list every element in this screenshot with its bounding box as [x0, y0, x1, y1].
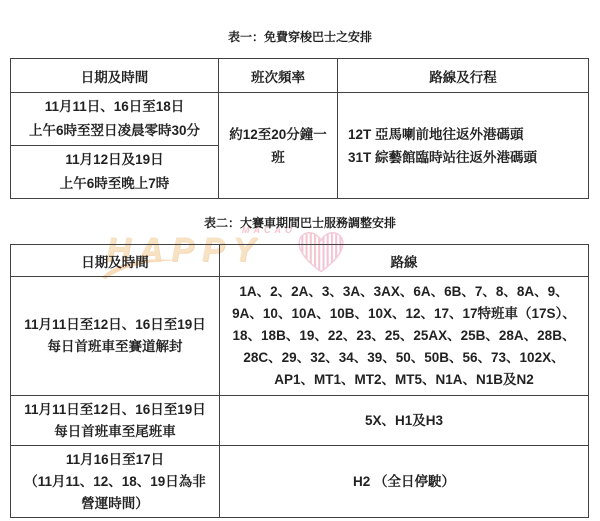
document-page: MACAO HAPPY 表一：免費穿梭巴士之安排 日期及時間 班次頻率	[0, 0, 600, 521]
period-line: 每日首班車至尾班車	[19, 421, 211, 443]
table-row: 11月11日至12日、16日至19日 每日首班車至賽道解封 1A、2、2A、3、…	[11, 277, 589, 396]
date-line: 11月11日至12日、16日至19日	[19, 314, 211, 336]
grand-prix-bus-adjustment-table: 日期及時間 路線 11月11日至12日、16日至19日 每日首班車至賽道解封 1…	[10, 244, 589, 518]
table1-header-frequency: 班次頻率	[219, 59, 338, 93]
date-line: 11月16日至17日	[19, 449, 211, 471]
date-time-cell: 11月11日至12日、16日至19日 每日首班車至尾班車	[11, 396, 220, 446]
table1-header-date-time: 日期及時間	[11, 59, 219, 93]
frequency-cell: 約12至20分鐘一班	[219, 93, 338, 199]
table1-header-row: 日期及時間 班次頻率 路線及行程	[11, 59, 589, 93]
route-line: 31T 綜藝館臨時站往返外港碼頭	[348, 146, 580, 169]
date-time-cell: 11月16日至17日 （11月11、12、18、19日為非營運時間）	[11, 446, 220, 518]
routes-cell: 5X、H1及H3	[220, 396, 589, 446]
routes-cell: 12T 亞馬喇前地往返外港碼頭 31T 綜藝館臨時站往返外港碼頭	[338, 93, 589, 199]
table-row: 11月11日、16日至18日 上午6時至翌日凌晨零時30分 約12至20分鐘一班…	[11, 93, 589, 146]
time-line: 上午6時至晚上7時	[19, 172, 210, 196]
date-time-cell: 11月11日至12日、16日至19日 每日首班車至賽道解封	[11, 277, 220, 396]
period-line: （11月11、12、18、19日為非營運時間）	[19, 471, 211, 515]
routes-cell: 1A、2、2A、3、3A、3AX、6A、6B、7、8、8A、9、9A、10、10…	[220, 277, 589, 396]
date-line: 11月12日及19日	[19, 148, 210, 172]
routes-cell: H2 （全日停駛）	[220, 446, 589, 518]
table-row: 11月11日至12日、16日至19日 每日首班車至尾班車 5X、H1及H3	[11, 396, 589, 446]
table2-title: 表二：大賽車期間巴士服務調整安排	[0, 199, 600, 231]
date-time-cell: 11月11日、16日至18日 上午6時至翌日凌晨零時30分	[11, 93, 219, 146]
period-line: 每日首班車至賽道解封	[19, 336, 211, 358]
route-line: 12T 亞馬喇前地往返外港碼頭	[348, 123, 580, 146]
table2-header-row: 日期及時間 路線	[11, 245, 589, 277]
date-line: 11月11日至12日、16日至19日	[19, 399, 211, 421]
table2-header-route: 路線	[220, 245, 589, 277]
shuttle-bus-table: 日期及時間 班次頻率 路線及行程 11月11日、16日至18日 上午6時至翌日凌…	[10, 58, 589, 199]
time-line: 上午6時至翌日凌晨零時30分	[19, 119, 210, 143]
table-row: 11月16日至17日 （11月11、12、18、19日為非營運時間） H2 （全…	[11, 446, 589, 518]
table1-header-route: 路線及行程	[338, 59, 589, 93]
table2-header-date-time: 日期及時間	[11, 245, 220, 277]
table1-title: 表一：免費穿梭巴士之安排	[0, 0, 600, 45]
date-line: 11月11日、16日至18日	[19, 95, 210, 119]
date-time-cell: 11月12日及19日 上午6時至晚上7時	[11, 146, 219, 199]
